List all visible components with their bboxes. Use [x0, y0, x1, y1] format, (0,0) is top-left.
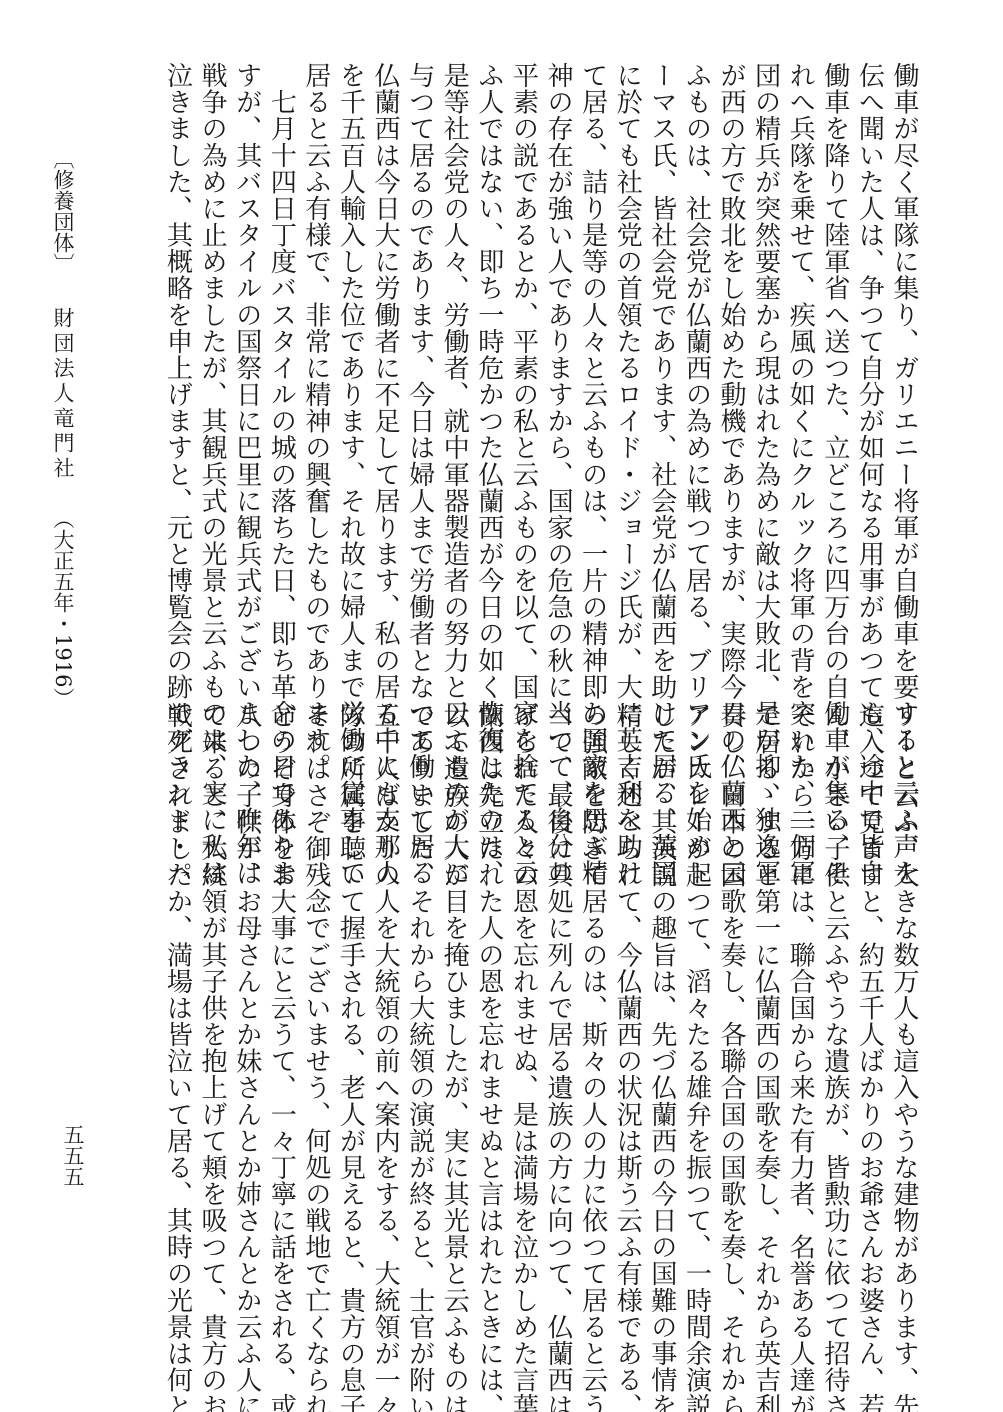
- text-column: ん、小さい子供と云ふやうな遺族が、皆勲功に依つて招待されて居る: [813, 702, 848, 1302]
- text-column: 戦争の為めに止めましたが、其観兵式の光景と云ふものは、実に私は: [191, 62, 226, 662]
- text-column: で居る、すると第一に仏蘭西の国歌を奏し、それから英吉利の国歌を: [744, 702, 779, 1302]
- text-column: それから一方には、聯合国から来た有力者、名誉ある人達が一杯列ん: [779, 702, 814, 1302]
- text-column: すが、其バスタイルの国祭日に巴里に観兵式がございました、昨年は: [225, 62, 260, 662]
- text-column: 団の精兵が突然要塞から現はれた為めに敵は大敗北、是が抑ゝ独逸軍: [744, 62, 779, 662]
- text-column: て来ると、大統領が其子供を抱上げて頬を吸つて、貴方のお父さんが: [191, 702, 226, 1302]
- text-column: 隊の所属を聴いて握手される、老人が見えると、貴方の息子さん……: [329, 702, 364, 1302]
- text-column: ふ人ではない、即ち一時危かつた仏蘭西が今日の如く恢復したのは、: [467, 62, 502, 662]
- text-column: 精しく述べられて、今仏蘭西の状況は斯う云ふ有様である、今日独逸: [606, 702, 641, 1302]
- text-column: したが、其演説の趣旨は、先づ仏蘭西の今日の国難の事情を初めから: [640, 702, 675, 1302]
- text-column: リーと云ふ、大きな数万人も這入やうな建物があります、先づ其中に: [882, 702, 917, 1302]
- text-column: それはさぞ御残念でございませう、何処の戦地で亡くなられました、: [294, 702, 329, 1302]
- text-column: 仏蘭西は今日大に労働者に不足して居ります、私の居る中にも支那人: [364, 62, 399, 662]
- text-column: 働車を降りて陸軍省へ送つた、立どころに四万台の自働車が集る、そ: [813, 62, 848, 662]
- running-footer: 〔修養団体〕 財団法人竜門社 （大正五年・1916）: [52, 148, 73, 709]
- text-column: 平素の説であるとか、平素の私と云ふものを以て、国家を捨てると云: [502, 62, 537, 662]
- text-column: 八つの子供が、お母さんとか妹さんとか姉さんとか云ふ人に連れられ: [225, 702, 260, 1302]
- text-column: 居ると云ふ有様で、非常に精神の興奮したものであります。: [294, 62, 329, 662]
- text-column: に於ても社会党の首領たるロイド・ジョージ氏が、大に英吉利を助け: [606, 62, 641, 662]
- text-column: の強敵を防ぎて居るのは、斯々の人の力に依つて居ると云うことを述: [571, 702, 606, 1302]
- text-column: れへ兵隊を乗せて、疾風の如くにクルック将軍の背を突いた、二個軍: [779, 62, 814, 662]
- text-column: 伝へ聞いた人は、争つて自分が如何なる用事があつても、途中で皆自: [848, 62, 883, 662]
- text-column: 五千人ばかりの人を大統領の前へ案内をする、大統領が一々名前と軍: [364, 702, 399, 1302]
- text-column: を千五百人輸入した位であります、それ故に婦人まで労働に従事して: [329, 62, 364, 662]
- text-column: ーマス氏、皆社会党であります、社会党が仏蘭西を助けて居る、英国: [640, 62, 675, 662]
- text-column: どうぞ身体をお大事にと云うて、一々丁寧に話をされる、或は又七つ: [260, 702, 295, 1302]
- text-column: ふものは、社会党が仏蘭西の為めに戦つて居る、ブリアン氏を始めト: [675, 62, 710, 662]
- footer-date: （大正五年・1916）: [52, 508, 73, 708]
- text-column: 与つて居るのであります、今日は婦人まで労働者となつて働いて居る: [398, 62, 433, 662]
- upper-text-block: 働車が尽く軍隊に集り、ガリエニー将軍が自働車を要すると云ふ声を 伝へ聞いた人は、…: [156, 62, 917, 662]
- text-column: て居る、詰り是等の人々と云ふものは、一片の精神即ち国家を思ふ精: [571, 62, 606, 662]
- text-column: げられた人々の恩を忘れませぬ、是は満場を泣かしめた言葉です、仏: [502, 702, 537, 1302]
- text-column: べて、最後に其処に列んで居る遺族の方に向つて、仏蘭西は戦死を遂: [536, 702, 571, 1302]
- text-column: 蘭西は先立たれた人の恩を忘れませぬと言はれたときには、皆手巾を: [467, 702, 502, 1302]
- text-column: でありました、それから大統領の演説が終ると、士官が附いて一々其: [398, 702, 433, 1302]
- text-column: 七月十四日丁度バスタイルの城の落ちた日、即ち革命の日でありま: [260, 62, 295, 662]
- text-column: アンカレーが起つて、滔々たる雄弁を振つて、一時間余演説をされま: [675, 702, 710, 1302]
- page-number: 五五五: [62, 1124, 83, 1187]
- text-column: 以て遺族の人が目を掩ひましたが、実に其光景と云ふものは詩的光景: [433, 702, 468, 1302]
- text-column: が西の方で敗北をし始めた動機でありますが、実際今日の仏蘭西と云: [709, 62, 744, 662]
- footer-organization: 財団法人竜門社: [52, 307, 73, 482]
- text-column: 是等社会党の人々、労働者、就中軍器製造者の努力と云ふものが大に: [433, 62, 468, 662]
- text-column: 奏し、日本の国歌を奏し、各聯合国の国歌を奏し、それから大統領ポ: [709, 702, 744, 1302]
- footer-category: 〔修養団体〕: [52, 148, 73, 274]
- text-column: 戦死されましたか、満場は皆泣いて居る、其時の光景は何と云うて宜: [156, 702, 191, 1302]
- text-column: 神の存在が強い人でありますから、国家の危急の秋に当つて、自分の: [536, 62, 571, 662]
- text-column: 働車が尽く軍隊に集り、ガリエニー将軍が自働車を要すると云ふ声を: [882, 62, 917, 662]
- text-column: 泣きました、其概略を申上げますと、元と博覧会の跡でグランド・パ: [156, 62, 191, 662]
- text-column: 這入つて見ますと、約五千人ばかりのお爺さんお婆さん、若い後家さ: [848, 702, 883, 1302]
- lower-text-block: リーと云ふ、大きな数万人も這入やうな建物があります、先づ其中に 這入つて見ますと…: [156, 702, 917, 1302]
